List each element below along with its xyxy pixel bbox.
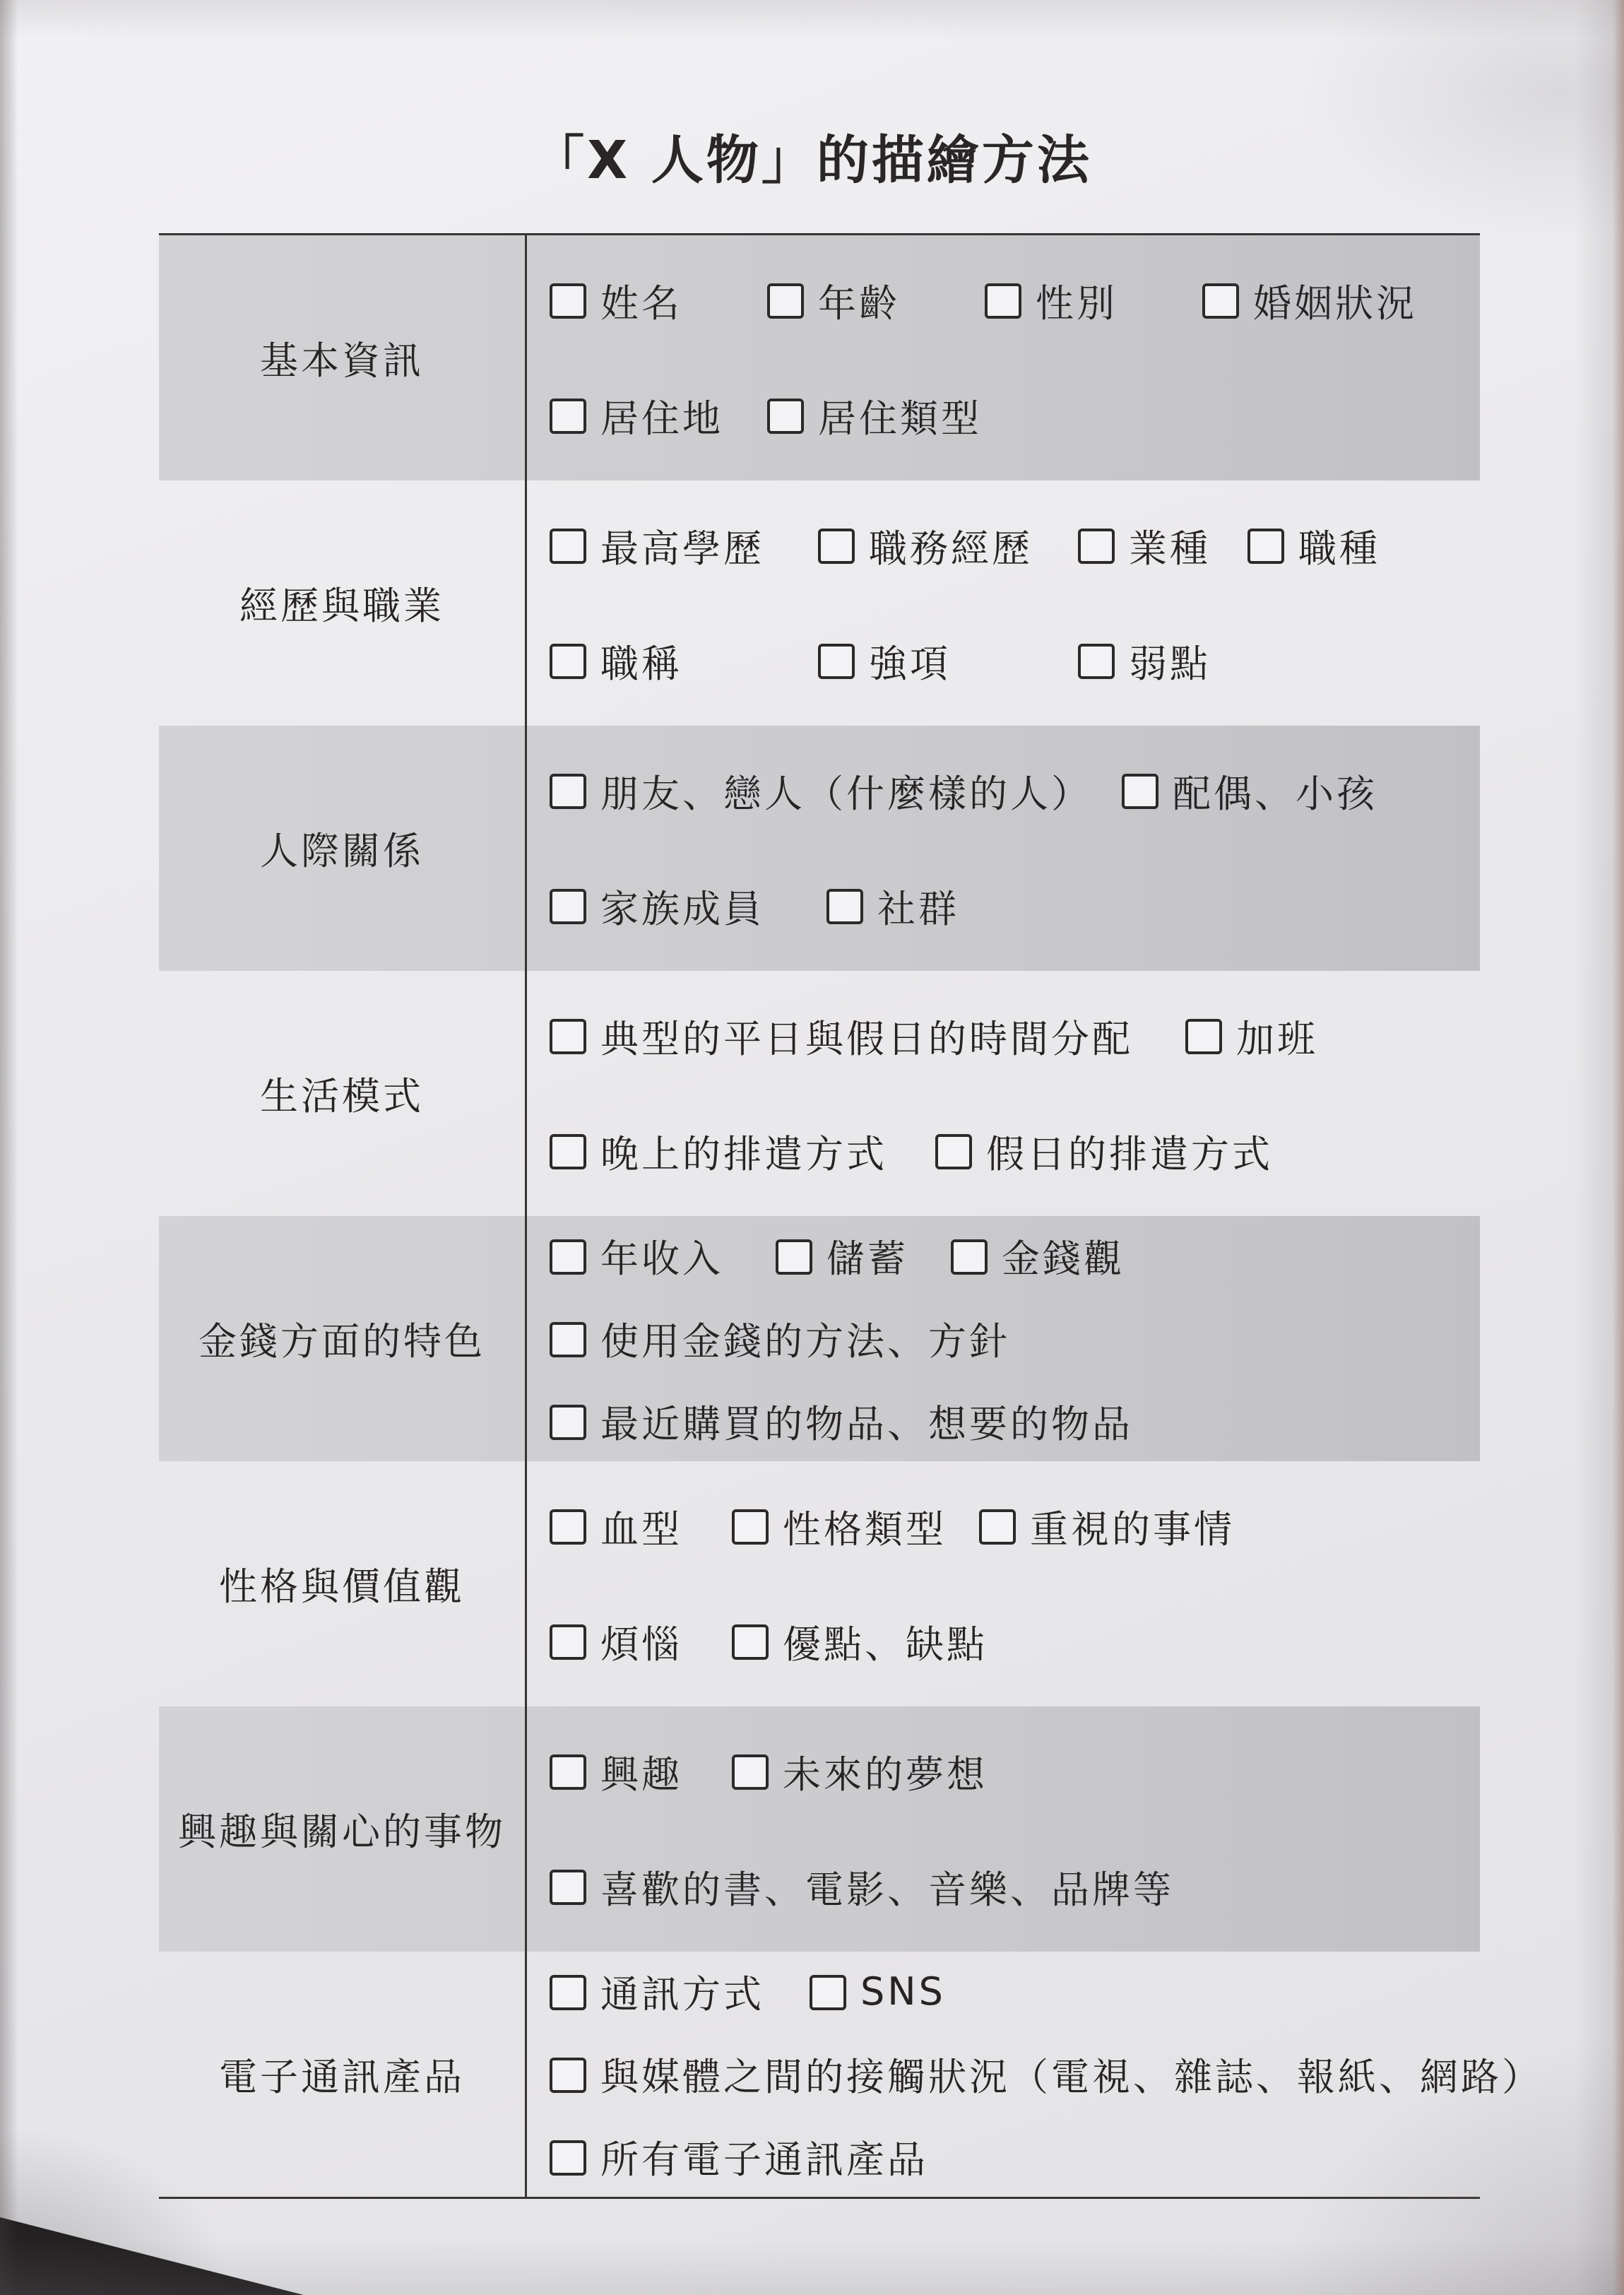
item-label: 居住地 — [600, 389, 723, 443]
item-line: 朋友、戀人（什麼樣的人） 配偶、小孩 — [550, 764, 1480, 818]
checkbox-item: 性別 — [985, 273, 1202, 328]
checkbox-icon — [810, 1975, 846, 2010]
checkbox-item: 姓名 — [550, 273, 767, 328]
item-label: 性格類型 — [783, 1499, 947, 1554]
checkbox-item: 通訊方式 — [550, 1964, 810, 2019]
table-row: 興趣與關心的事物 興趣 未來的夢想 喜歡的書、電影、音樂、品牌等 — [159, 1706, 1480, 1952]
item-label: 職種 — [1298, 519, 1380, 573]
category-label: 電子通訊產品 — [219, 2047, 465, 2101]
checkbox-item: 社群 — [826, 879, 959, 933]
item-line: 興趣 未來的夢想 — [550, 1745, 1480, 1799]
item-label: 居住類型 — [818, 389, 982, 443]
item-label: 弱點 — [1129, 634, 1211, 688]
checkbox-item: 重視的事情 — [979, 1499, 1235, 1554]
checkbox-icon — [550, 529, 586, 564]
checkbox-item: 血型 — [550, 1499, 732, 1554]
item-label: 職務經歷 — [869, 519, 1033, 573]
item-label: 重視的事情 — [1030, 1499, 1235, 1554]
items-cell: 最高學歷 職務經歷 業種 職種 職稱 強項 弱點 — [527, 480, 1480, 726]
category-label: 經歷與職業 — [239, 576, 444, 630]
item-label: 配偶、小孩 — [1173, 764, 1377, 818]
checkbox-item: 職種 — [1247, 519, 1380, 573]
item-line: 煩惱 優點、缺點 — [550, 1615, 1480, 1669]
checkbox-item: 最高學歷 — [550, 519, 818, 573]
checkbox-icon — [550, 644, 586, 679]
item-line: 喜歡的書、電影、音樂、品牌等 — [550, 1860, 1480, 1914]
checkbox-item: 所有電子通訊產品 — [550, 2130, 928, 2184]
checkbox-item: 居住地 — [550, 389, 767, 443]
category-label: 金錢方面的特色 — [198, 1311, 485, 1366]
table-row: 經歷與職業 最高學歷 職務經歷 業種 職種 職稱 強項 弱點 — [159, 480, 1480, 726]
checkbox-icon — [1122, 774, 1158, 809]
table-row: 人際關係 朋友、戀人（什麼樣的人） 配偶、小孩 家族成員 社群 — [159, 726, 1480, 971]
item-label: 晚上的排遣方式 — [600, 1124, 887, 1179]
item-label: 與媒體之間的接觸狀況（電視、雜誌、報紙、網路） — [600, 2047, 1543, 2101]
checkbox-item: 弱點 — [1078, 634, 1211, 688]
checkbox-item: 假日的排遣方式 — [935, 1124, 1273, 1179]
table-row: 基本資訊 姓名 年齡 性別 婚姻狀況 居住地 居住類型 — [159, 235, 1480, 480]
item-line: 最近購買的物品、想要的物品 — [550, 1394, 1480, 1449]
item-line: 職稱 強項 弱點 — [550, 634, 1480, 688]
item-line: 通訊方式 SNS — [550, 1964, 1543, 2019]
checkbox-item: 金錢觀 — [951, 1229, 1125, 1283]
item-label: 年齡 — [818, 273, 900, 328]
checkbox-item: 最近購買的物品、想要的物品 — [550, 1394, 1133, 1449]
category-cell: 經歷與職業 — [159, 480, 527, 726]
checkbox-icon — [550, 1322, 586, 1357]
checkbox-icon — [550, 889, 586, 924]
category-cell: 金錢方面的特色 — [159, 1216, 527, 1461]
item-label: 通訊方式 — [600, 1964, 764, 2019]
category-label: 性格與價值觀 — [219, 1557, 465, 1611]
item-label: 興趣 — [600, 1745, 682, 1799]
checkbox-icon — [767, 283, 804, 319]
checkbox-item: 職務經歷 — [818, 519, 1078, 573]
photo-corner-shadow — [0, 2217, 304, 2295]
item-label: SNS — [860, 1969, 946, 2014]
items-cell: 興趣 未來的夢想 喜歡的書、電影、音樂、品牌等 — [527, 1706, 1480, 1952]
category-cell: 性格與價值觀 — [159, 1461, 527, 1706]
item-label: 強項 — [869, 634, 951, 688]
checkbox-icon — [550, 1754, 586, 1790]
item-label: 職稱 — [600, 634, 682, 688]
scanned-book-page: 「X 人物」的描繪方法 基本資訊 姓名 年齡 性別 婚姻狀況 居住地 居住類型 — [0, 0, 1624, 2295]
checkbox-item: 儲蓄 — [776, 1229, 951, 1283]
category-cell: 人際關係 — [159, 726, 527, 971]
item-line: 典型的平日與假日的時間分配 加班 — [550, 1009, 1480, 1063]
checkbox-item: 喜歡的書、電影、音樂、品牌等 — [550, 1860, 1174, 1914]
checkbox-item: 業種 — [1078, 519, 1247, 573]
checkbox-item: 煩惱 — [550, 1615, 732, 1669]
checkbox-item: 強項 — [818, 634, 1078, 688]
checkbox-item: 配偶、小孩 — [1122, 764, 1377, 818]
checkbox-icon — [935, 1134, 972, 1169]
item-label: 典型的平日與假日的時間分配 — [600, 1009, 1133, 1063]
checkbox-item: 優點、缺點 — [732, 1615, 988, 1669]
item-label: 最高學歷 — [600, 519, 764, 573]
table-row: 生活模式 典型的平日與假日的時間分配 加班 晚上的排遣方式 假日的排遣方式 — [159, 971, 1480, 1216]
checkbox-icon — [1247, 529, 1284, 564]
checkbox-icon — [550, 1405, 586, 1440]
item-line: 最高學歷 職務經歷 業種 職種 — [550, 519, 1480, 573]
category-label: 基本資訊 — [260, 331, 424, 385]
category-label: 人際關係 — [260, 821, 424, 875]
page-title: 「X 人物」的描繪方法 — [0, 119, 1624, 194]
checkbox-icon — [1185, 1019, 1222, 1054]
item-line: 與媒體之間的接觸狀況（電視、雜誌、報紙、網路） — [550, 2047, 1543, 2101]
category-cell: 基本資訊 — [159, 235, 527, 480]
checkbox-icon — [550, 2140, 586, 2176]
item-label: 家族成員 — [600, 879, 764, 933]
item-label: 業種 — [1129, 519, 1211, 573]
checkbox-icon — [1078, 529, 1115, 564]
item-label: 優點、缺點 — [783, 1615, 988, 1669]
checkbox-item: 年收入 — [550, 1229, 776, 1283]
item-label: 婚姻狀況 — [1253, 273, 1417, 328]
item-label: 年收入 — [600, 1229, 723, 1283]
checkbox-item: 婚姻狀況 — [1202, 273, 1417, 328]
table-row: 電子通訊產品 通訊方式 SNS 與媒體之間的接觸狀況（電視、雜誌、報紙、網路） … — [159, 1952, 1480, 2197]
item-label: 假日的排遣方式 — [986, 1124, 1273, 1179]
checkbox-icon — [732, 1754, 769, 1790]
checkbox-item: 家族成員 — [550, 879, 826, 933]
checkbox-item: 性格類型 — [732, 1499, 979, 1554]
item-label: 金錢觀 — [1002, 1229, 1125, 1283]
checkbox-icon — [550, 399, 586, 434]
checkbox-icon — [818, 644, 855, 679]
item-label: 煩惱 — [600, 1615, 682, 1669]
items-cell: 朋友、戀人（什麼樣的人） 配偶、小孩 家族成員 社群 — [527, 726, 1480, 971]
item-label: 社群 — [877, 879, 959, 933]
item-label: 儲蓄 — [826, 1229, 908, 1283]
checkbox-item: 朋友、戀人（什麼樣的人） — [550, 764, 1122, 818]
item-line: 晚上的排遣方式 假日的排遣方式 — [550, 1124, 1480, 1179]
item-line: 居住地 居住類型 — [550, 389, 1480, 443]
checkbox-icon — [1202, 283, 1239, 319]
checkbox-item: 晚上的排遣方式 — [550, 1124, 935, 1179]
category-cell: 興趣與關心的事物 — [159, 1706, 527, 1952]
checkbox-icon — [550, 1975, 586, 2010]
item-label: 最近購買的物品、想要的物品 — [600, 1394, 1133, 1449]
checkbox-item: 職稱 — [550, 634, 818, 688]
checkbox-icon — [767, 399, 804, 434]
checkbox-icon — [550, 283, 586, 319]
table-row: 性格與價值觀 血型 性格類型 重視的事情 煩惱 優點、缺點 — [159, 1461, 1480, 1706]
item-line: 家族成員 社群 — [550, 879, 1480, 933]
checkbox-icon — [550, 774, 586, 809]
checkbox-icon — [776, 1239, 812, 1275]
persona-checklist-table: 基本資訊 姓名 年齡 性別 婚姻狀況 居住地 居住類型 經歷與職業 — [159, 233, 1480, 2199]
checkbox-icon — [951, 1239, 988, 1275]
checkbox-icon — [732, 1509, 769, 1545]
checkbox-item: 與媒體之間的接觸狀況（電視、雜誌、報紙、網路） — [550, 2047, 1543, 2101]
checkbox-icon — [550, 1134, 586, 1169]
checkbox-icon — [979, 1509, 1016, 1545]
checkbox-item: 居住類型 — [767, 389, 982, 443]
checkbox-item: 加班 — [1185, 1009, 1318, 1063]
checkbox-icon — [550, 1019, 586, 1054]
table-row: 金錢方面的特色 年收入 儲蓄 金錢觀 使用金錢的方法、方針 最近購買的物品、想要… — [159, 1216, 1480, 1461]
items-cell: 年收入 儲蓄 金錢觀 使用金錢的方法、方針 最近購買的物品、想要的物品 — [527, 1216, 1480, 1461]
category-cell: 電子通訊產品 — [159, 1952, 527, 2197]
items-cell: 典型的平日與假日的時間分配 加班 晚上的排遣方式 假日的排遣方式 — [527, 971, 1480, 1216]
items-cell: 血型 性格類型 重視的事情 煩惱 優點、缺點 — [527, 1461, 1480, 1706]
item-line: 年收入 儲蓄 金錢觀 — [550, 1229, 1480, 1283]
items-cell: 通訊方式 SNS 與媒體之間的接觸狀況（電視、雜誌、報紙、網路） 所有電子通訊產… — [527, 1952, 1543, 2197]
checkbox-icon — [826, 889, 863, 924]
item-line: 姓名 年齡 性別 婚姻狀況 — [550, 273, 1480, 328]
item-label: 血型 — [600, 1499, 682, 1554]
item-label: 性別 — [1036, 273, 1118, 328]
checkbox-item: SNS — [810, 1969, 946, 2014]
checkbox-item: 年齡 — [767, 273, 985, 328]
item-label: 所有電子通訊產品 — [600, 2130, 928, 2184]
checkbox-icon — [550, 1239, 586, 1275]
item-label: 喜歡的書、電影、音樂、品牌等 — [600, 1860, 1174, 1914]
item-line: 所有電子通訊產品 — [550, 2130, 1543, 2184]
checkbox-icon — [1078, 644, 1115, 679]
category-cell: 生活模式 — [159, 971, 527, 1216]
checkbox-icon — [550, 1509, 586, 1545]
checkbox-item: 使用金錢的方法、方針 — [550, 1311, 1010, 1366]
item-label: 加班 — [1236, 1009, 1318, 1063]
item-label: 姓名 — [600, 273, 682, 328]
checkbox-icon — [550, 1624, 586, 1660]
item-label: 未來的夢想 — [783, 1745, 988, 1799]
item-label: 朋友、戀人（什麼樣的人） — [600, 764, 1092, 818]
checkbox-icon — [550, 2058, 586, 2093]
checkbox-item: 興趣 — [550, 1745, 732, 1799]
items-cell: 姓名 年齡 性別 婚姻狀況 居住地 居住類型 — [527, 235, 1480, 480]
checkbox-item: 典型的平日與假日的時間分配 — [550, 1009, 1185, 1063]
item-label: 使用金錢的方法、方針 — [600, 1311, 1010, 1366]
checkbox-item: 未來的夢想 — [732, 1745, 988, 1799]
item-line: 使用金錢的方法、方針 — [550, 1311, 1480, 1366]
checkbox-icon — [550, 1870, 586, 1905]
item-line: 血型 性格類型 重視的事情 — [550, 1499, 1480, 1554]
category-label: 生活模式 — [260, 1066, 424, 1121]
checkbox-icon — [985, 283, 1021, 319]
category-label: 興趣與關心的事物 — [178, 1802, 506, 1856]
checkbox-icon — [818, 529, 855, 564]
checkbox-icon — [732, 1624, 769, 1660]
